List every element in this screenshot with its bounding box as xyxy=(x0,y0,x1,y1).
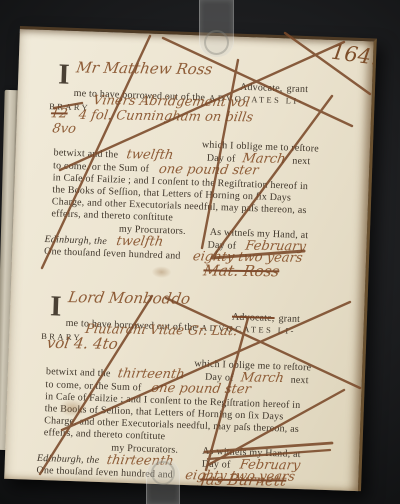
signature: Mat. Ross xyxy=(203,261,279,283)
top-holding-strap xyxy=(199,0,234,57)
bottom-holding-strap xyxy=(146,459,180,504)
ink-stain xyxy=(151,266,171,279)
book-title-2: vol 4. 4to xyxy=(47,333,118,354)
borrower-name: Mr Matthew Ross xyxy=(76,57,212,81)
dropcap: I xyxy=(58,62,70,88)
photographed-register-page: 164. I Mr Matthew Ross Advocate, grant m… xyxy=(0,0,400,504)
dropcap: I xyxy=(50,294,62,320)
borrower-name: Lord Monboddo xyxy=(68,287,190,310)
page-number: 164. xyxy=(330,40,377,70)
book-page: 164. I Mr Matthew Ross Advocate, grant m… xyxy=(4,26,377,491)
book-format: 8vo xyxy=(52,119,76,138)
